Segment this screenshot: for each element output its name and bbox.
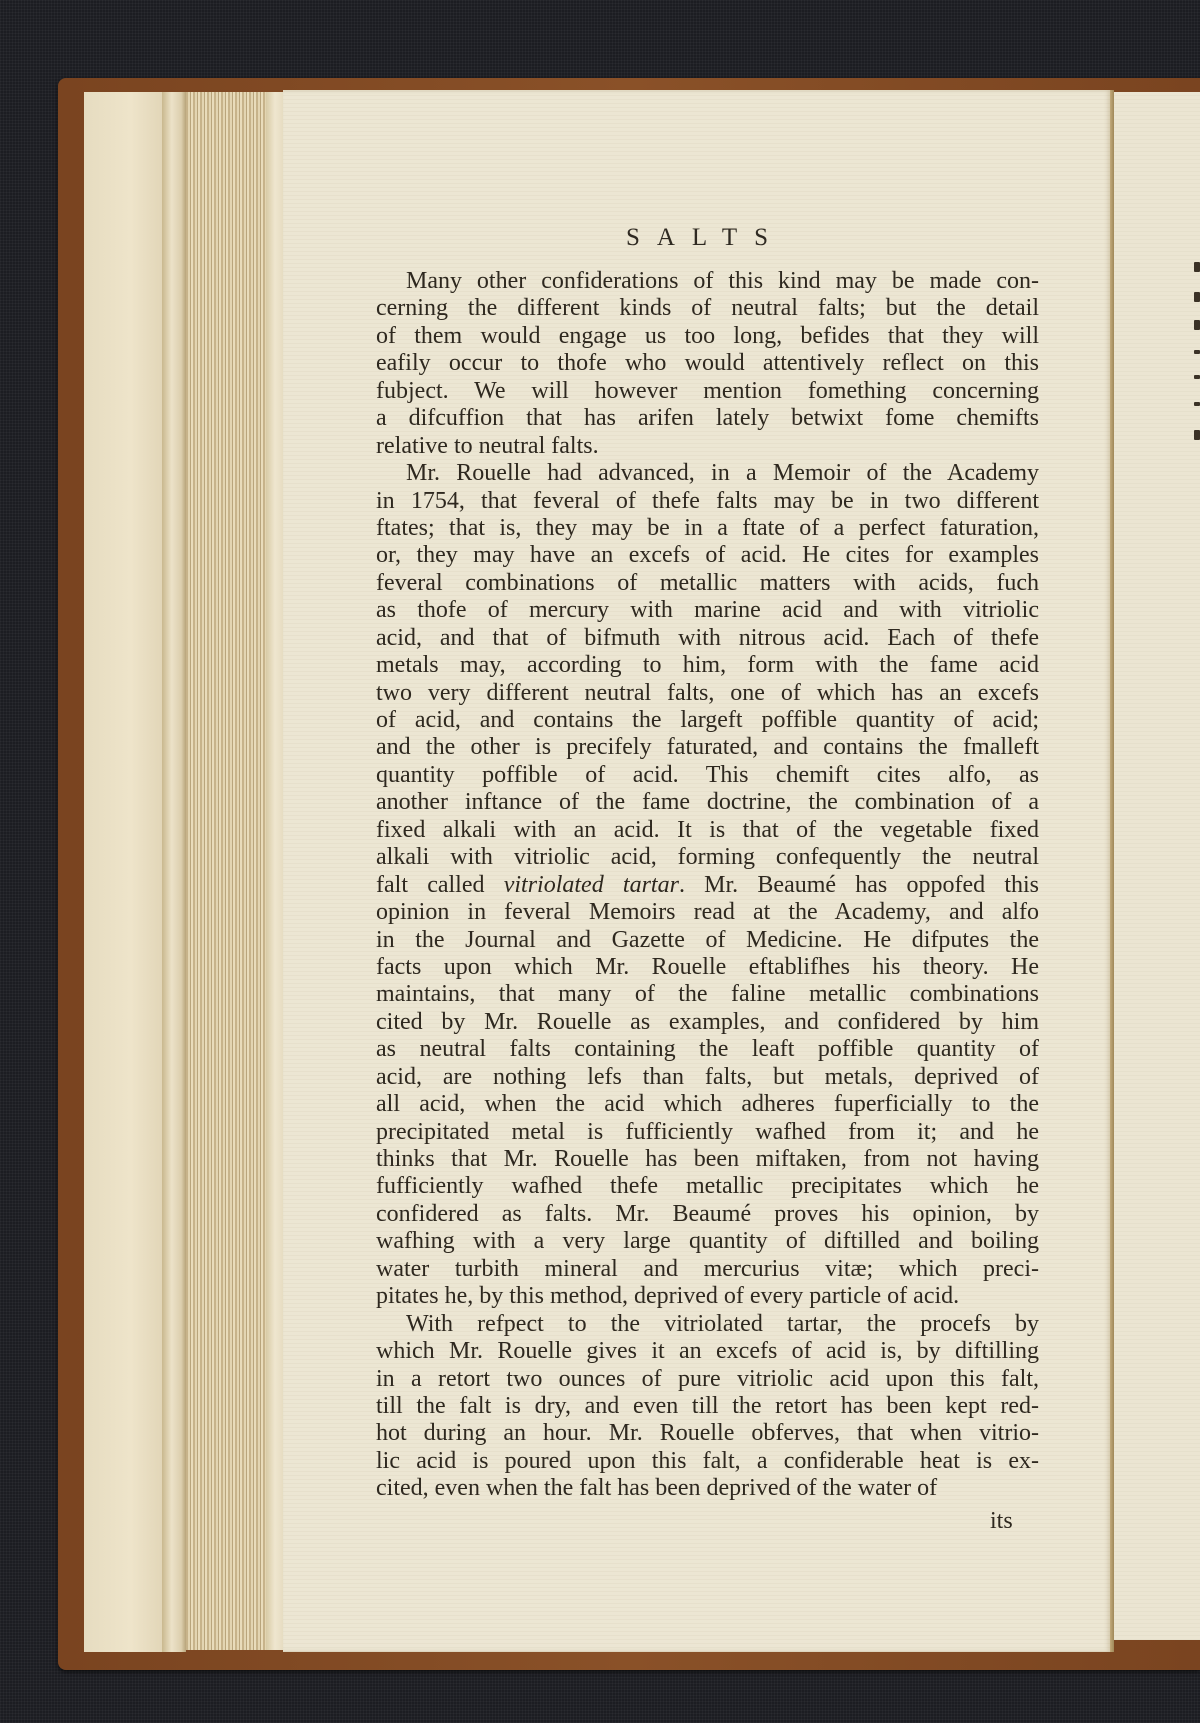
- italic-term: vitriolated tartar: [504, 872, 679, 898]
- text-line: cited, even when the falt has been depri…: [376, 1475, 1039, 1502]
- text-line: till the falt is dry, and even till the …: [376, 1393, 1039, 1420]
- text-line: of acid, and contains the largeft poffib…: [376, 707, 1039, 734]
- text-line: With refpect to the vitriolated tartar, …: [376, 1311, 1039, 1338]
- text-line: wafhing with a very large quantity of di…: [376, 1228, 1039, 1255]
- text-line: maintains, that many of the faline metal…: [376, 981, 1039, 1008]
- text-line: pitates he, by this method, deprived of …: [376, 1283, 1039, 1310]
- text-line: ftates; that is, they may be in a ftate …: [376, 515, 1039, 542]
- text-line: acid, and that of bifmuth with nitrous a…: [376, 625, 1039, 652]
- text-line: quantity poffible of acid. This chemift …: [376, 762, 1039, 789]
- text-line: lic acid is poured upon this falt, a con…: [376, 1448, 1039, 1475]
- text-line: which Mr. Rouelle gives it an excefs of …: [376, 1338, 1039, 1365]
- body-text: Many other confiderations of this kind m…: [376, 268, 1039, 1503]
- text-line: cited by Mr. Rouelle as examples, and co…: [376, 1009, 1039, 1036]
- facing-text-fragment: [1194, 430, 1200, 440]
- text-line: two very different neutral falts, one of…: [376, 680, 1039, 707]
- facing-text-fragment: [1194, 262, 1200, 272]
- text-line: eafily occur to thofe who would attentiv…: [376, 350, 1039, 377]
- text-line: in 1754, that feveral of thefe falts may…: [376, 488, 1039, 515]
- text-line: Many other confiderations of this kind m…: [376, 268, 1039, 295]
- text-line: as neutral falts containing the leaft po…: [376, 1036, 1039, 1063]
- text-line: acid, are nothing lefs than falts, but m…: [376, 1064, 1039, 1091]
- facing-text-fragment: [1194, 350, 1200, 354]
- text-line: fufficiently wafhed thefe metallic preci…: [376, 1173, 1039, 1200]
- facing-page: [1114, 92, 1200, 1640]
- running-head: SALTS: [283, 224, 1111, 252]
- endpaper: [84, 92, 162, 1652]
- text-line: and the other is precifely faturated, an…: [376, 734, 1039, 761]
- text-line: a difcuffion that has arifen lately betw…: [376, 405, 1039, 432]
- text-line: metals may, according to him, form with …: [376, 652, 1039, 679]
- text-line: fixed alkali with an acid. It is that of…: [376, 817, 1039, 844]
- page-stack-edge: [186, 92, 266, 1650]
- text-line: hot during an hour. Mr. Rouelle obferves…: [376, 1420, 1039, 1447]
- text-line: relative to neutral falts.: [376, 433, 1039, 460]
- text-line: falt called vitriolated tartar. Mr. Beau…: [376, 872, 1039, 899]
- facing-text-fragment: [1194, 402, 1200, 406]
- text-line: all acid, when the acid which adheres fu…: [376, 1091, 1039, 1118]
- text-line: in the Journal and Gazette of Medicine. …: [376, 927, 1039, 954]
- text-line: water turbith mineral and mercurius vitæ…: [376, 1256, 1039, 1283]
- text-line: or, they may have an excefs of acid. He …: [376, 542, 1039, 569]
- text-line: fubject. We will however mention fomethi…: [376, 378, 1039, 405]
- page-stack-strip: [266, 92, 284, 1650]
- text-line: facts upon which Mr. Rouelle eftablifhes…: [376, 954, 1039, 981]
- text-line: cerning the different kinds of neutral f…: [376, 295, 1039, 322]
- text-line: Mr. Rouelle had advanced, in a Memoir of…: [376, 460, 1039, 487]
- facing-text-fragment: [1194, 375, 1200, 379]
- facing-text-fragment: [1194, 320, 1200, 330]
- text-line: another inftance of the fame doctrine, t…: [376, 789, 1039, 816]
- facing-text-fragment: [1194, 292, 1200, 302]
- endpaper-fold: [162, 92, 186, 1652]
- text-line: alkali with vitriolic acid, forming conf…: [376, 844, 1039, 871]
- text-line: precipitated metal is fufficiently wafhe…: [376, 1119, 1039, 1146]
- text-line: thinks that Mr. Rouelle has been miftake…: [376, 1146, 1039, 1173]
- text-line: of them would engage us too long, befide…: [376, 323, 1039, 350]
- text-line: feveral combinations of metallic matters…: [376, 570, 1039, 597]
- text-line: opinion in feveral Memoirs read at the A…: [376, 899, 1039, 926]
- catchword: its: [990, 1508, 1013, 1535]
- text-line: confidered as falts. Mr. Beaumé proves h…: [376, 1201, 1039, 1228]
- text-line: in a retort two ounces of pure vitriolic…: [376, 1366, 1039, 1393]
- text-line: as thofe of mercury with marine acid and…: [376, 597, 1039, 624]
